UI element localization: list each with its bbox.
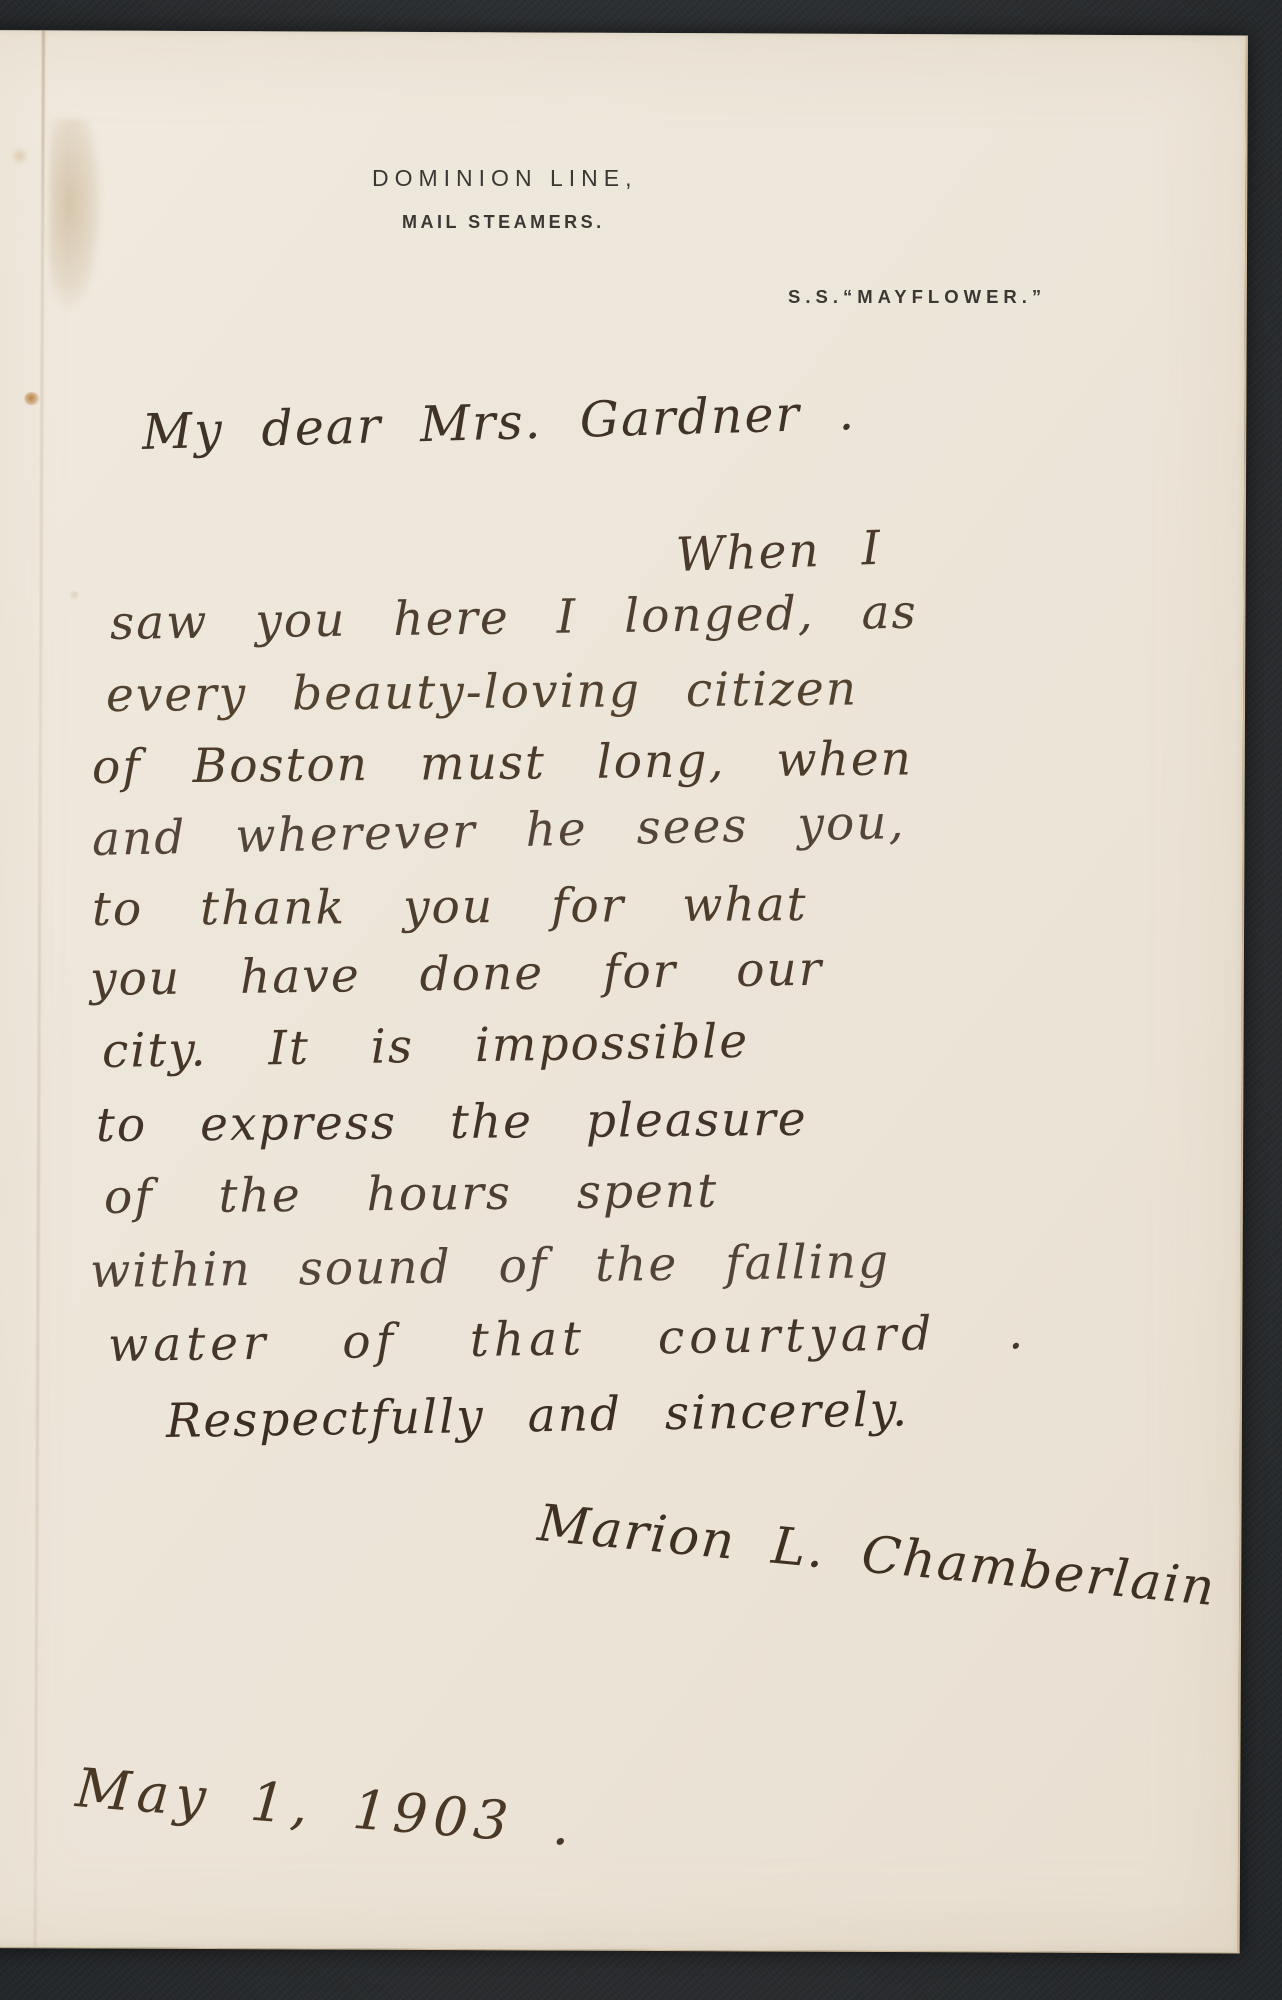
fold-crease	[34, 30, 45, 1947]
handwritten-line: of the hours spent	[104, 1164, 719, 1225]
handwritten-line: every beauty-loving citizen	[106, 661, 858, 723]
handwritten-line: city. It is impossible	[102, 1014, 750, 1079]
letterhead-company: DOMINION LINE,	[372, 165, 637, 192]
foxing-spot	[9, 148, 29, 164]
foxing-spot	[24, 392, 39, 405]
letterhead-subtitle: MAIL STEAMERS.	[402, 212, 605, 233]
foxing-spot	[70, 590, 80, 599]
handwritten-line: of Boston must long, when	[92, 731, 913, 795]
handwritten-line: When I	[675, 521, 883, 583]
handwritten-line: to express the pleasure	[96, 1092, 808, 1153]
handwritten-line: you have done for our	[90, 942, 824, 1007]
handwritten-line: within sound of the falling	[90, 1234, 891, 1299]
fold-stain	[49, 118, 102, 308]
handwritten-line: saw you here I longed, as	[110, 585, 918, 651]
handwritten-line: to thank you for what	[92, 877, 808, 937]
handwritten-line: Respectfully and sincerely.	[166, 1382, 910, 1449]
letterhead-ship-name: S.S.“MAYFLOWER.”	[788, 286, 1046, 308]
